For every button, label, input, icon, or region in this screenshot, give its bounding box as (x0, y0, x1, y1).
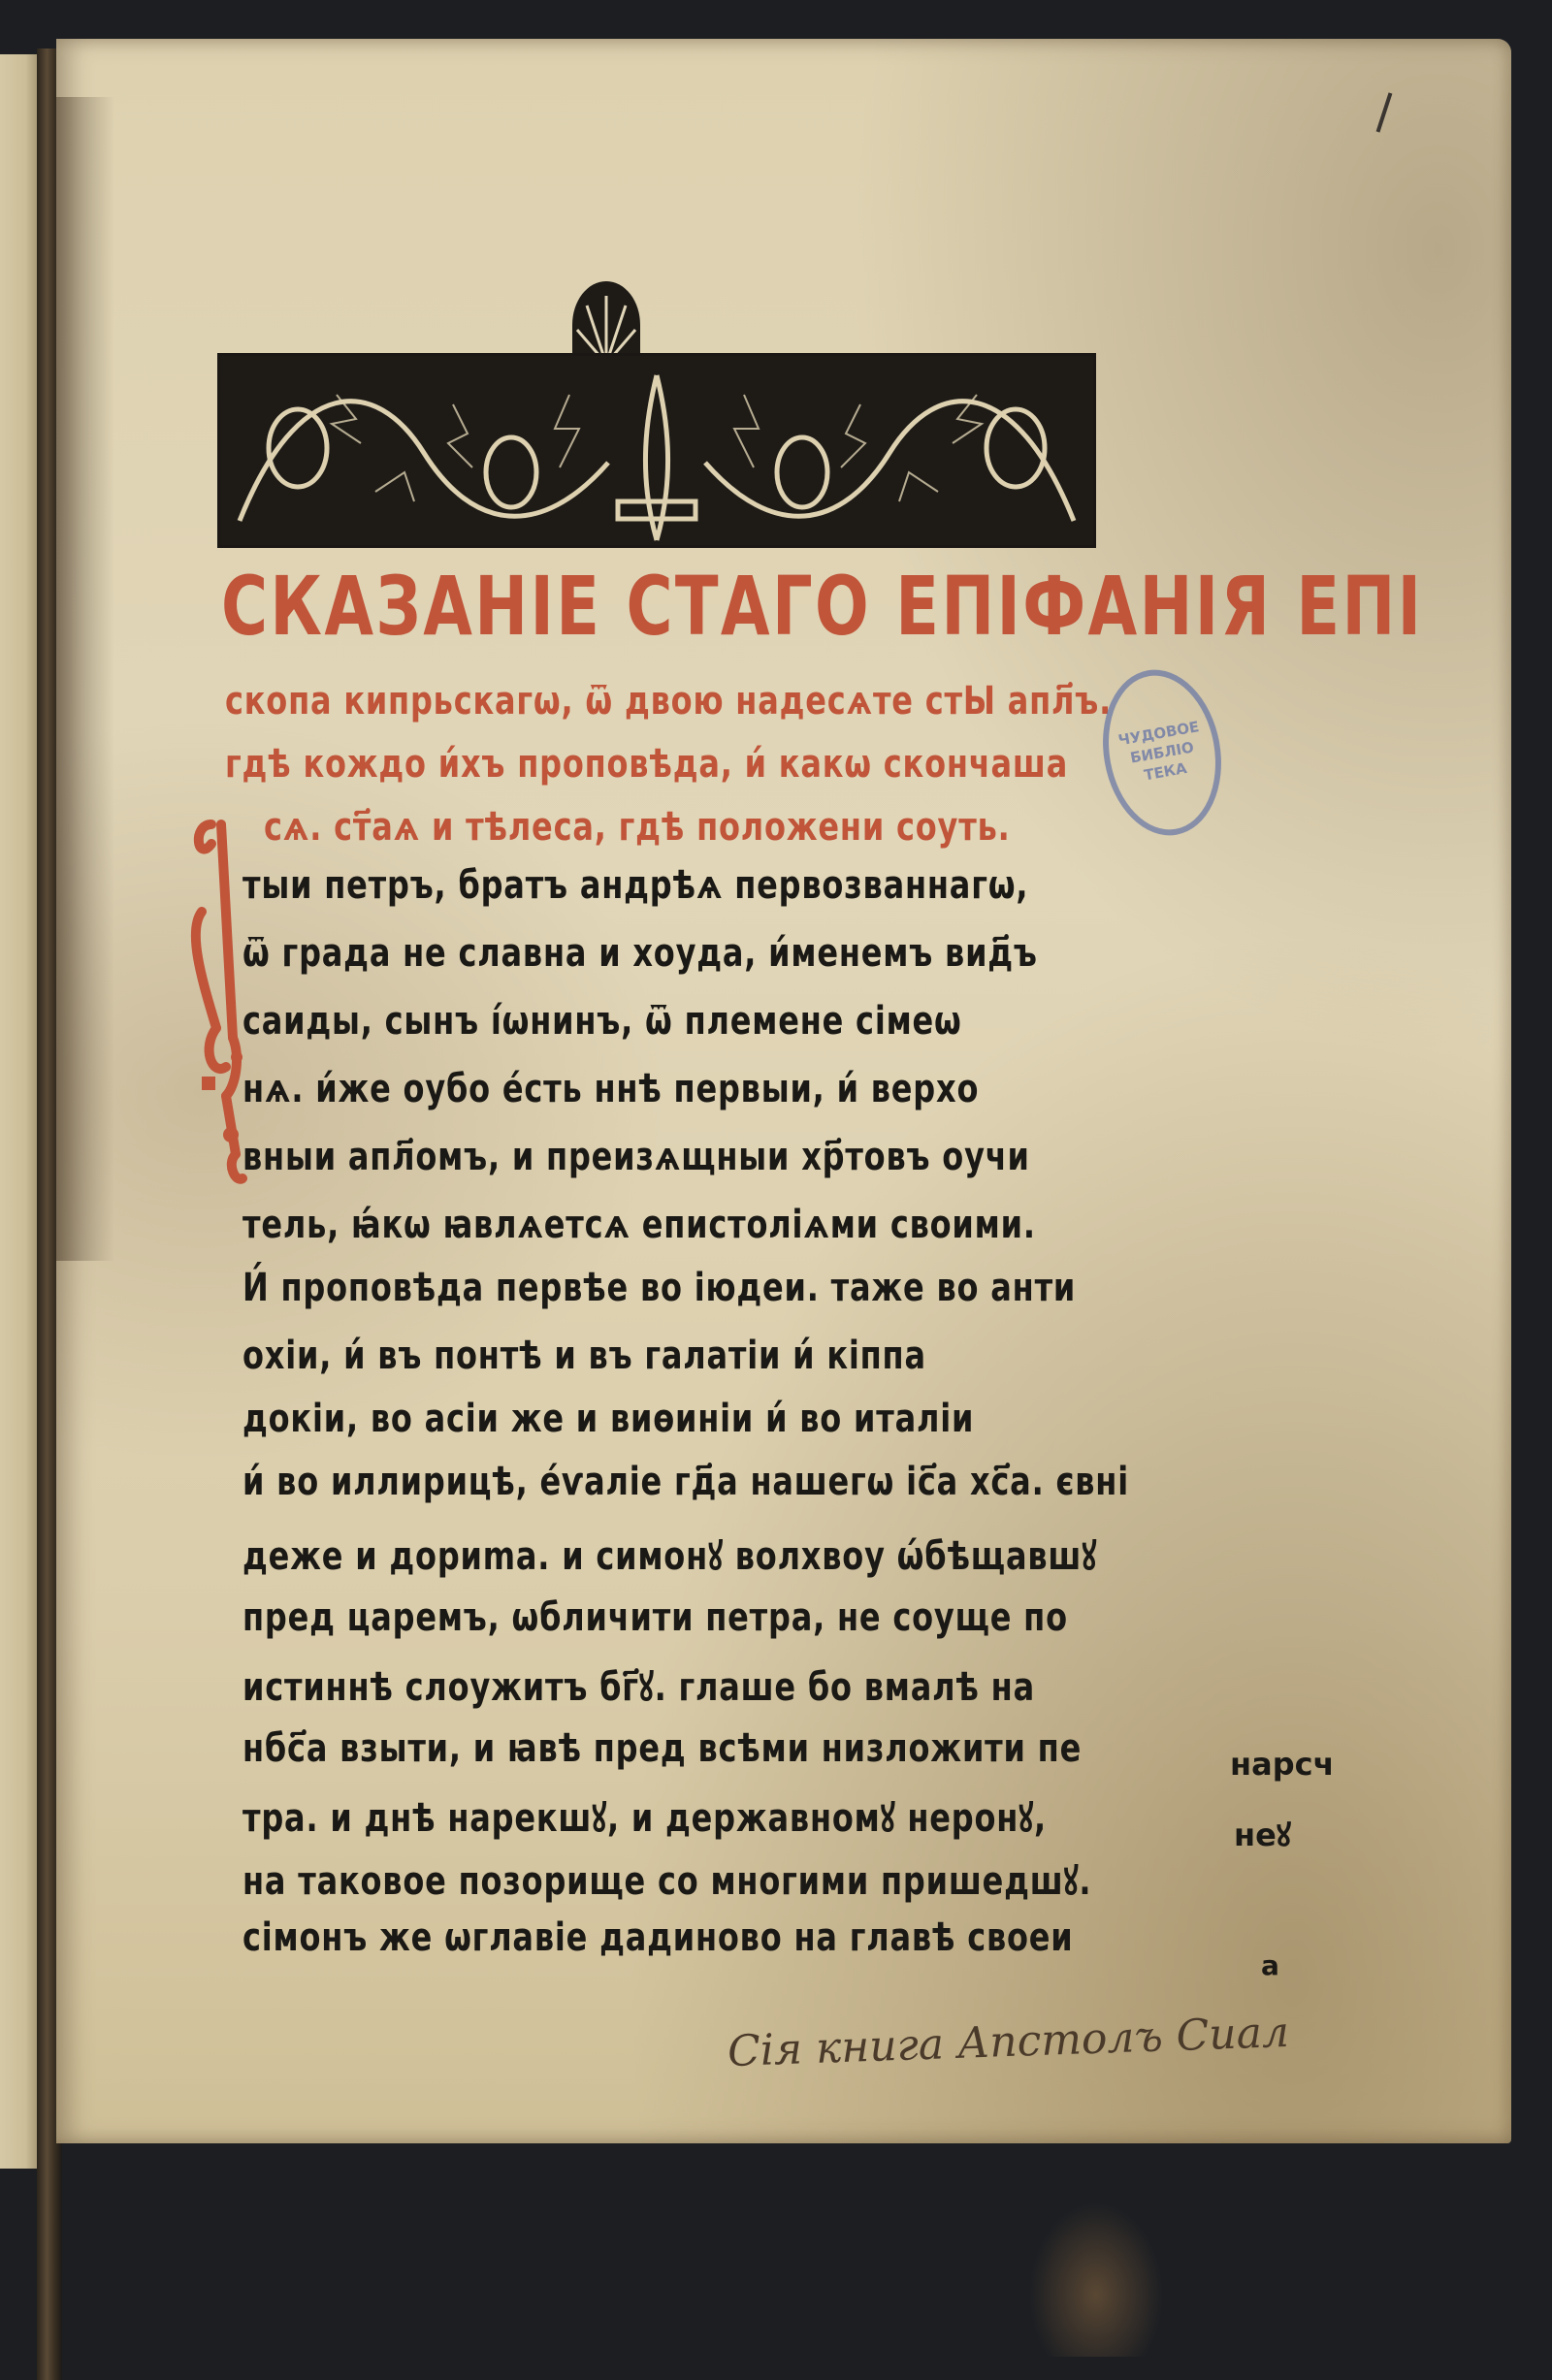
previous-page-edge (0, 54, 37, 2169)
marginal-note: нарсч (1230, 1746, 1335, 1783)
body-text-line: охіи, и́ въ понтѣ и въ галатіи и́ кіппа (242, 1334, 926, 1378)
body-text-line: на таковое позорище со многими пришедшꙋ. (242, 1852, 1091, 1906)
body-text-line: нбс҃а взыти, и ꙗвѣ пред всѣми низложити … (242, 1726, 1082, 1771)
body-text-line: тель, ꙗ́кѡ ꙗвлѧетсѧ епистоліѧми своими. (242, 1203, 1036, 1247)
drop-cap-ornament-icon (182, 805, 250, 1193)
woodcut-headpiece (217, 353, 1096, 548)
subtitle-line: гдѣ кождо и́хъ проповѣда, и́ какѡ сконча… (225, 742, 1068, 787)
body-text-line: ѿ града не славна и хоуда, и́менемъ вид҃… (242, 931, 1038, 976)
body-text-line: тыи петръ, братъ андрѣѧ первозваннагѡ, (242, 863, 1028, 908)
body-text-line: докіи, во асіи же и виѳиніи и́ во италіи (242, 1397, 974, 1441)
signature-mark: а (1261, 1949, 1279, 1981)
body-text-line: нѧ. и́же оубо е́сть ннѣ первыи, и́ верхо (242, 1067, 979, 1111)
subtitle-line: сѧ. ст҃аѧ и тѣлеса, гдѣ положени соуть. (264, 805, 1011, 850)
body-text-line: И́ проповѣда первѣе во іюдеи. таже во ан… (242, 1266, 1076, 1310)
marginal-note: неꙋ (1234, 1814, 1291, 1855)
body-text-line: вныи апл҃омъ, и преизѧщныи хр҃товъ оучи (242, 1135, 1030, 1179)
body-text-line: пред царемъ, ѡбличити петра, не соуще по (242, 1595, 1068, 1640)
subtitle-line: скопа кипрьскагѡ, ѿ двою надесѧте стЫ ап… (225, 679, 1112, 724)
body-text-line: сімонъ же ѡглавіе дадиново на главѣ свое… (242, 1915, 1074, 1960)
page-title: СКАЗАНІЕ СТАГО ЕПІФАНІЯ ЕПІ (221, 558, 918, 655)
body-text-line: тра. и днѣ нарекшꙋ, и державномꙋ неронꙋ, (242, 1789, 1047, 1843)
water-stain (1028, 2202, 1164, 2357)
gutter-shadow (56, 97, 114, 1261)
body-text-line: саиды, сынъ і́ѡнинъ, ѿ племене сімеѡ (242, 999, 962, 1044)
body-text-line: и́ во иллирицѣ, е́ѵаліе гд҃а нашегѡ іс҃а… (242, 1460, 1129, 1504)
body-text-line: деже и дориma. и симонꙋ волхвоу ѡ́бѣщавш… (242, 1528, 1097, 1581)
body-text-line: истиннѣ слоужитъ бг҃ꙋ. глаше бо вмалѣ на (242, 1658, 1035, 1712)
